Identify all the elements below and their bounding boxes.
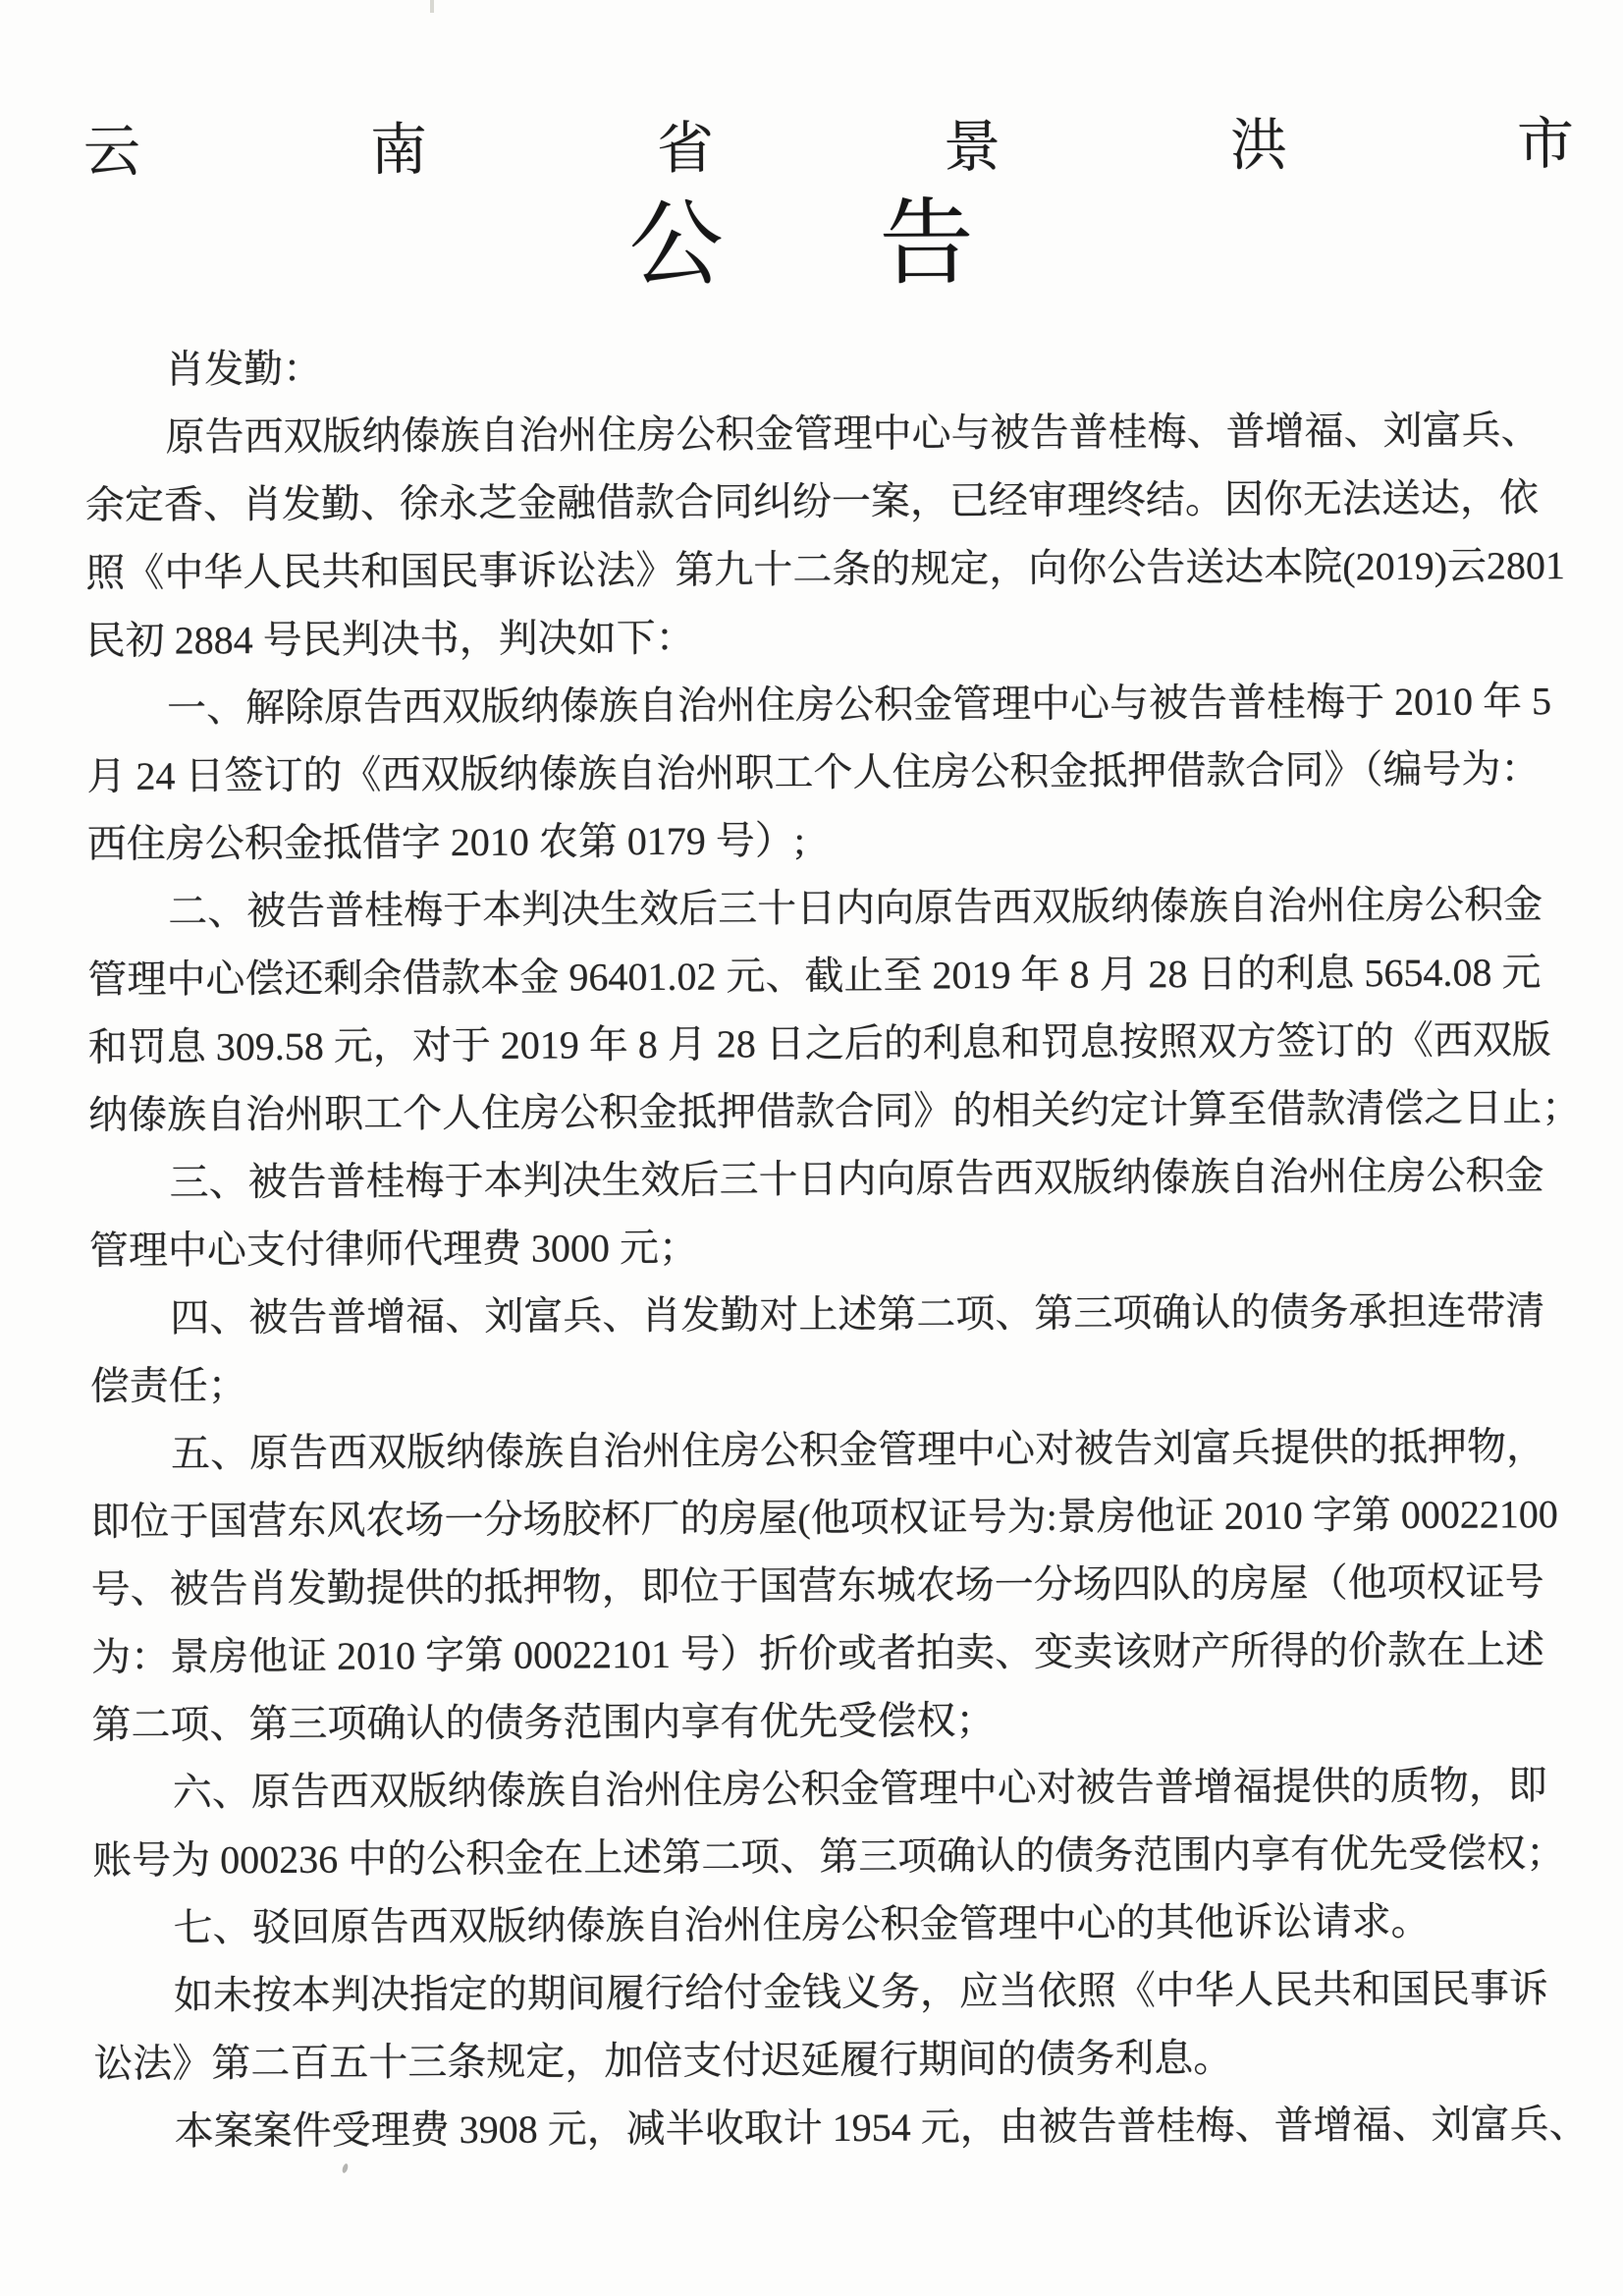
document-body: 肖发勤：原告西双版纳傣族自治州住房公积金管理中心与被告普桂梅、普增福、刘富兵、余… [84,328,1587,2165]
scan-artifact-top [430,0,434,13]
document-title: 公告 [628,189,1130,300]
document-line: 一、解除原告西双版纳傣族自治州住房公积金管理中心与被告普桂梅于 2010 年 5 [86,667,1579,742]
document-line: 原告西双版纳傣族自治州住房公积金管理中心与被告普桂梅、普增福、刘富兵、 [84,396,1577,471]
document-line: 和罚息 309.58 元，对于 2019 年 8 月 28 日之后的利息和罚息按… [88,1006,1581,1081]
document-line: 肖发勤： [84,328,1577,404]
document-line: 偿责任； [89,1344,1582,1420]
document-line: 号、被告肖发勤提供的抵押物，即位于国营东城农场一分场四队的房屋（他项权证号 [91,1548,1584,1623]
document-line: 三、被告普桂梅于本判决生效后三十日内向原告西双版纳傣族自治州住房公积金 [88,1141,1581,1217]
document-line: 如未按本判决指定的期间履行给付金钱义务，应当依照《中华人民共和国民事诉 [93,1954,1586,2030]
document-line: 民初 2884 号民判决书，判决如下： [86,599,1579,675]
document-line: 余定香、肖发勤、徐永芝金融借款合同纠纷一案，已经审理终结。因你无法送达，依 [85,464,1578,539]
page-content: 云 南 省 景 洪 市 人 民 法 院 公告 肖发勤：原告西双版纳傣族自治州住房… [0,0,1623,2296]
document-line: 月 24 日签订的《西双版纳傣族自治州职工个人住房公积金抵押借款合同》（编号为： [86,735,1579,810]
document-line: 西住房公积金抵借字 2010 农第 0179 号）; [87,802,1580,878]
document-line: 讼法》第二百五十三条规定，加倍支付迟延履行期间的债务利息。 [93,2022,1586,2098]
document-line: 为：景房他证 2010 字第 00022101 号）折价或者拍卖、变卖该财产所得… [91,1615,1584,1691]
document-line: 本案案件受理费 3908 元，减半收取计 1954 元，由被告普桂梅、普增福、刘… [93,2090,1586,2165]
document-line: 管理中心偿还剩余借款本金 96401.02 元、截止至 2019 年 8 月 2… [87,938,1580,1013]
document-line: 六、原告西双版纳傣族自治州住房公积金管理中心对被告普增福提供的质物，即 [92,1751,1585,1827]
document-line: 七、驳回原告西双版纳傣族自治州住房公积金管理中心的其他诉讼请求。 [92,1886,1585,1962]
document-line: 纳傣族自治州职工个人住房公积金抵押借款合同》的相关约定计算至借款清偿之日止； [88,1073,1581,1149]
document-line: 管理中心支付律师代理费 3000 元； [89,1209,1582,1285]
document-line: 五、原告西双版纳傣族自治州住房公积金管理中心对被告刘富兵提供的抵押物， [90,1412,1583,1488]
document-line: 二、被告普桂梅于本判决生效后三十日内向原告西双版纳傣族自治州住房公积金 [87,870,1580,946]
court-name: 云 南 省 景 洪 市 人 民 法 院 [83,104,1623,187]
scanned-notice-page: 云 南 省 景 洪 市 人 民 法 院 公告 肖发勤：原告西双版纳傣族自治州住房… [0,0,1623,2296]
document-line: 账号为 000236 中的公积金在上述第二项、第三项确认的债务范围内享有优先受偿… [92,1819,1585,1894]
document-line: 第二项、第三项确认的债务范围内享有优先受偿权； [91,1683,1584,1759]
document-line: 四、被告普增福、刘富兵、肖发勤对上述第二项、第三项确认的债务承担连带清 [89,1277,1582,1352]
document-line: 照《中华人民共和国民事诉讼法》第九十二条的规定，向你公告送达本院(2019)云2… [85,531,1578,607]
document-line: 即位于国营东风农场一分场胶杯厂的房屋(他项权证号为:景房他证 2010 字第 0… [90,1480,1583,1556]
